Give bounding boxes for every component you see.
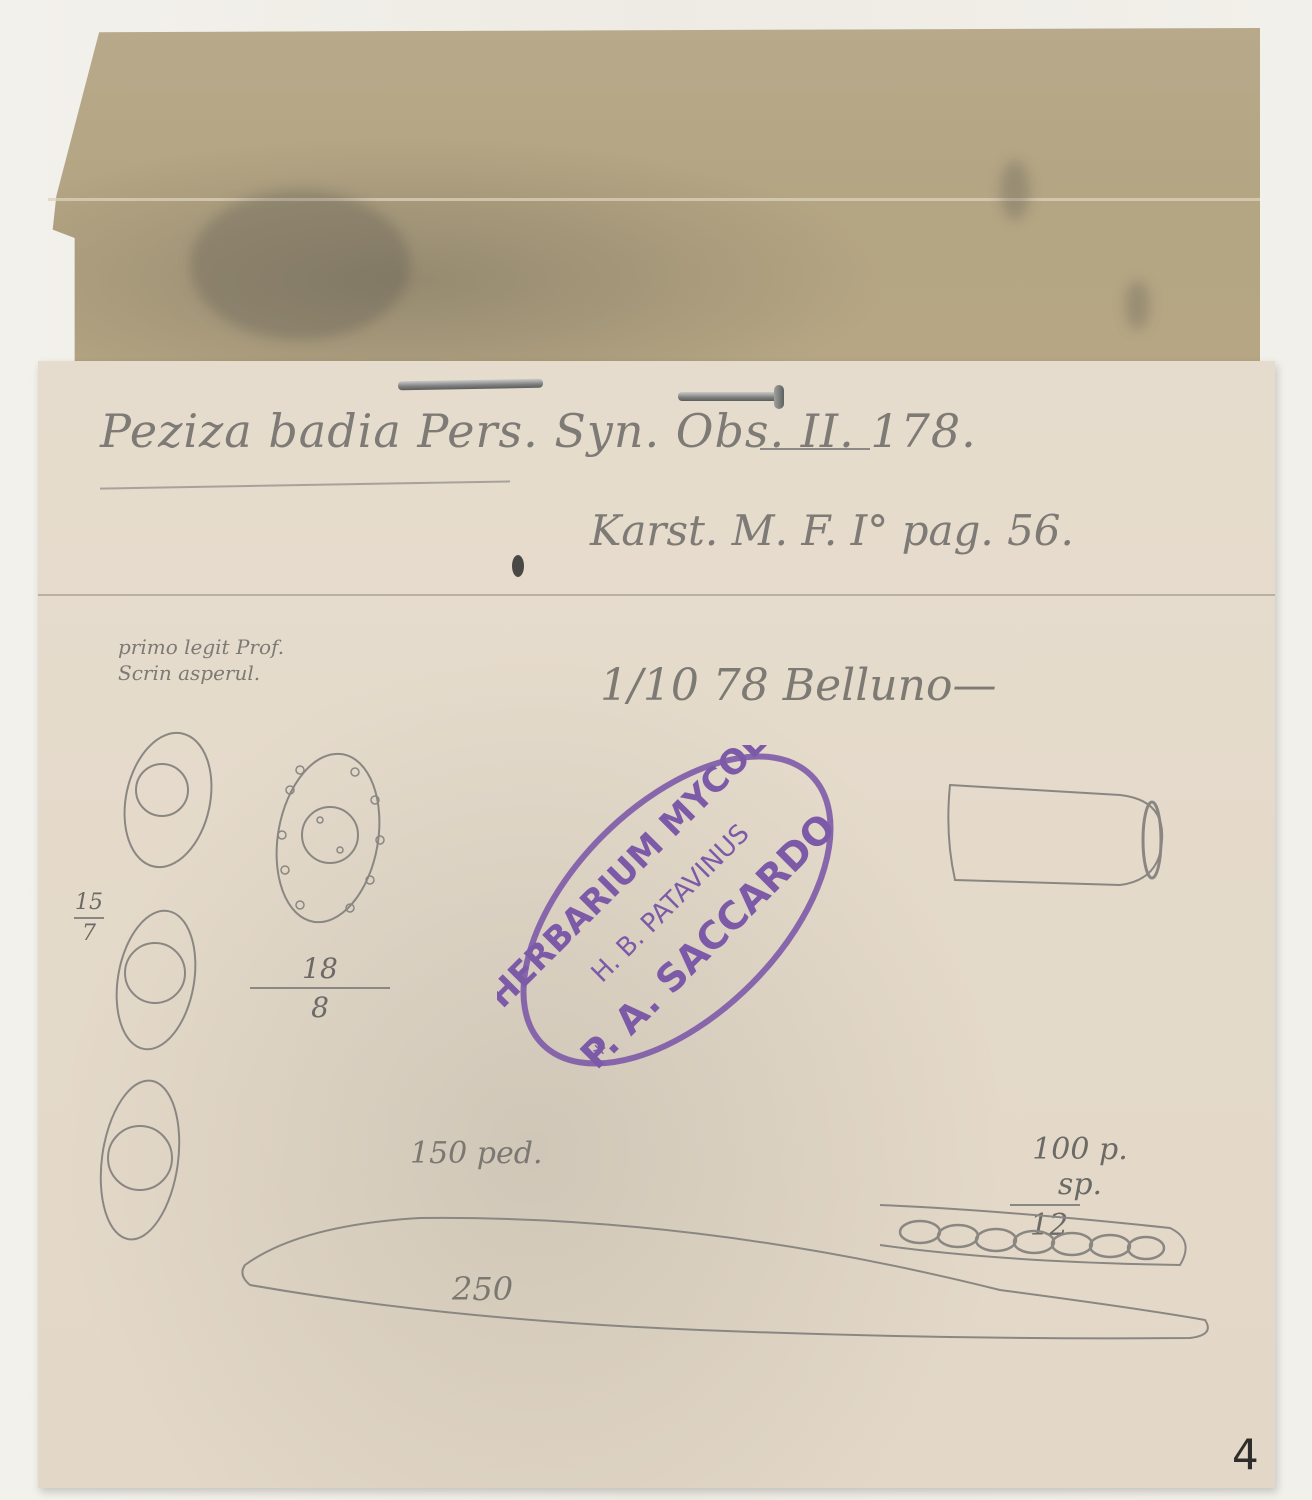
apothecium-drawing: [948, 785, 1162, 885]
ascus-drawing: [242, 1218, 1207, 1338]
page-number: 4: [1232, 1430, 1259, 1479]
herbarium-stamp: HERBARIUM MYCOL. H. B. PATAVINUS P. A. S…: [497, 745, 857, 1075]
spore-drawing: [106, 904, 205, 1055]
stamp-oval: HERBARIUM MYCOL. H. B. PATAVINUS P. A. S…: [497, 745, 857, 1075]
spore-drawing: [91, 1075, 189, 1244]
paraphysis-drawing: [880, 1205, 1186, 1265]
spore-drawing: [113, 725, 223, 875]
warty-spore-drawing: [264, 746, 392, 931]
